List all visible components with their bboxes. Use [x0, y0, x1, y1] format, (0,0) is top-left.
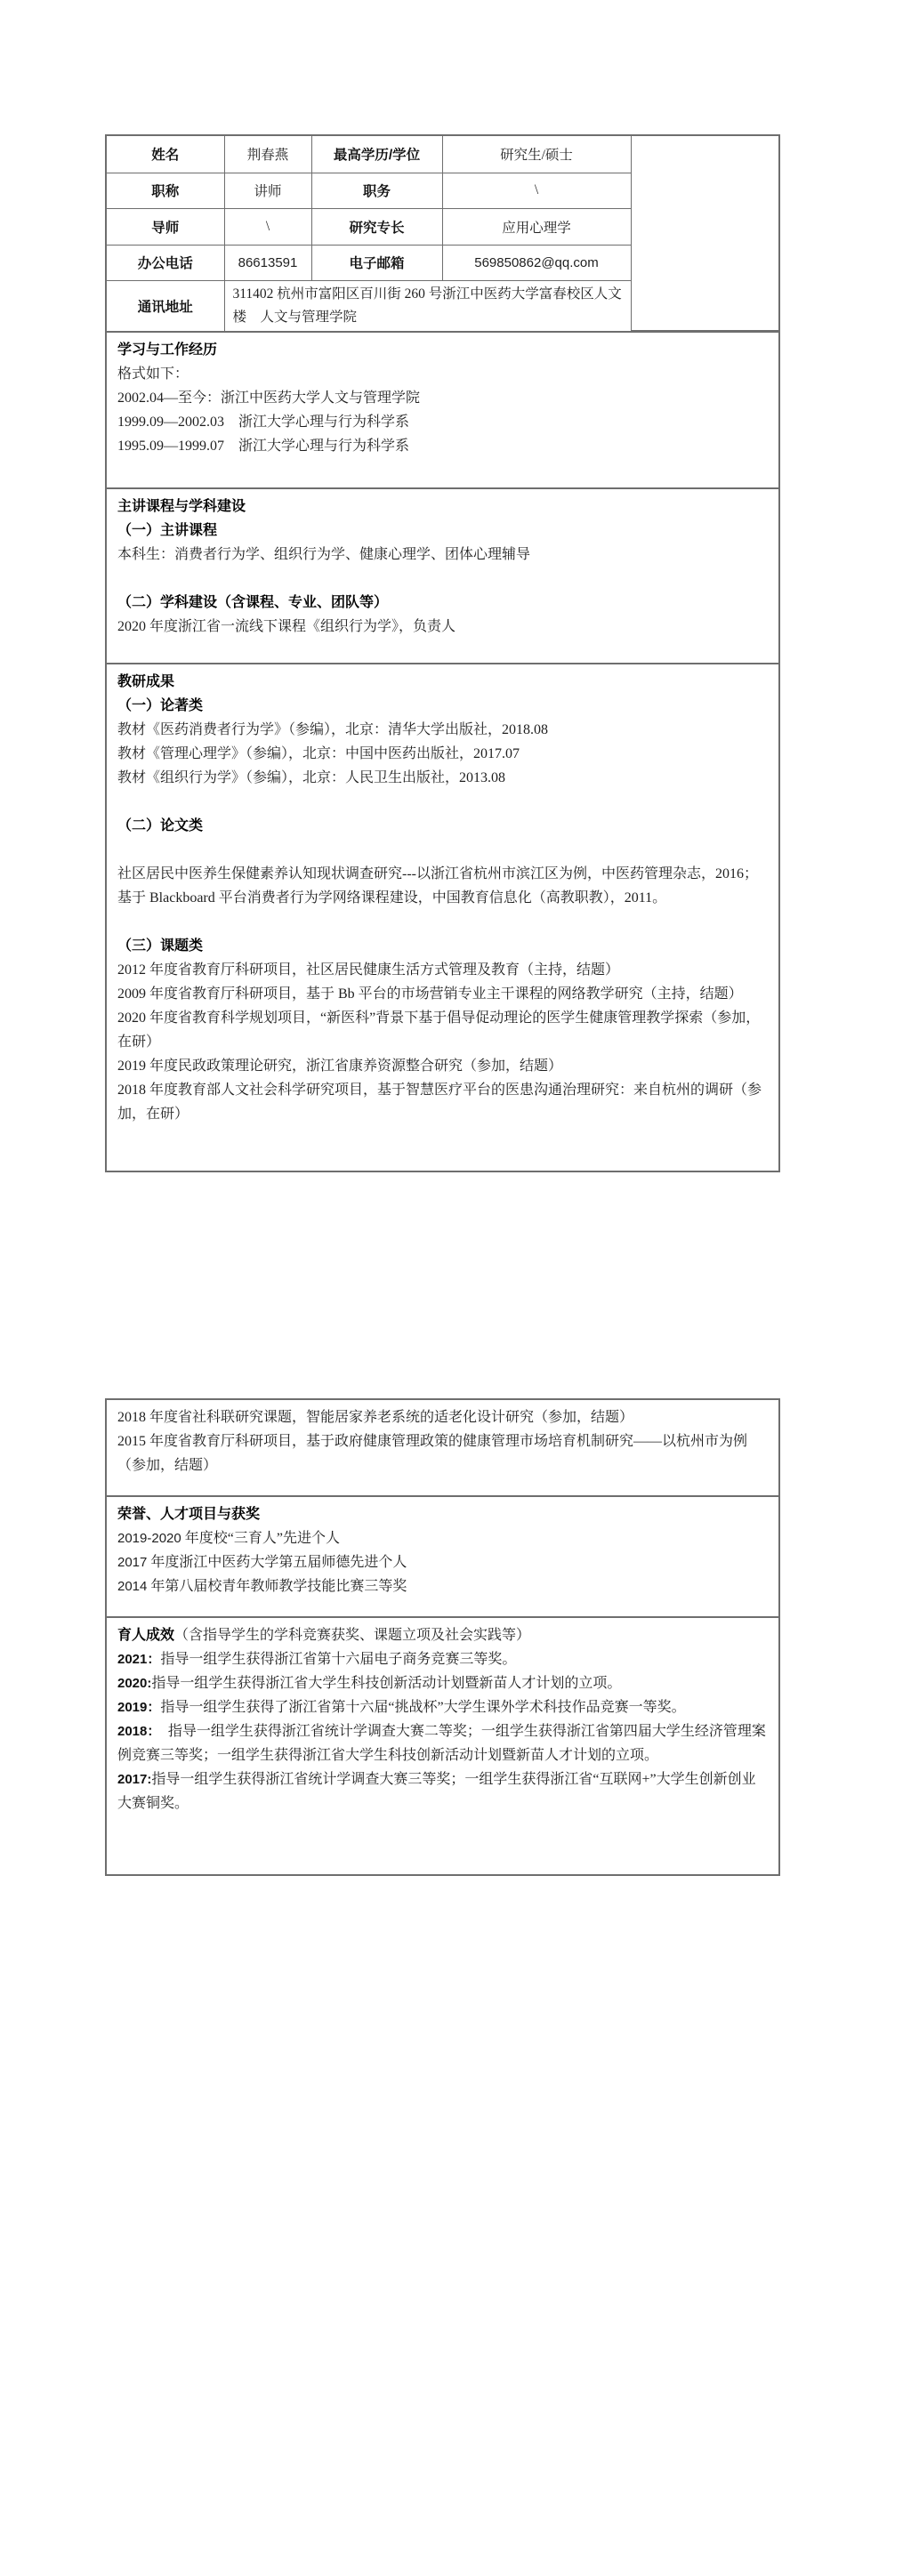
- section-heading-research: 教研成果: [117, 670, 768, 694]
- honor-year: 2014: [117, 1579, 147, 1594]
- cv-line: 1999.09—2002.03 浙江大学心理与行为科学系: [117, 410, 768, 434]
- cv-line: 2002.04—至今：浙江中医药大学人文与管理学院: [117, 386, 768, 410]
- profile-table: 姓名 荆春燕 最高学历/学位 研究生/硕士 职称 讲师 职务 \ 导师 \ 研究…: [107, 136, 778, 331]
- field-label-phone: 办公电话: [107, 245, 224, 280]
- cv-line: 2020 年度省教育科学规划项目，“新医科”背景下基于倡导促动理论的医学生健康管…: [117, 1006, 768, 1054]
- mentoring-text: 指导一组学生获得浙江省大学生科技创新活动计划暨新苗人才计划的立项。: [151, 1676, 621, 1691]
- field-value-position: \: [442, 173, 631, 208]
- mentoring-heading-note: （含指导学生的学科竞赛获奖、课题立项及社会实践等）: [174, 1628, 530, 1643]
- mentoring-text: 指导一组学生获得了浙江省第十六届“挑战杯”大学生课外学术科技作品竞赛一等奖。: [160, 1700, 685, 1715]
- cv-line: 本科生：消费者行为学、组织行为学、健康心理学、团体心理辅导: [117, 543, 768, 567]
- field-value-mentor: \: [224, 208, 311, 245]
- honor-text: 年第八届校青年教师教学技能比赛三等奖: [147, 1579, 407, 1594]
- cv-line: 2009 年度省教育厅科研项目，基于 Bb 平台的市场营销专业主干课程的网络教学…: [117, 982, 768, 1006]
- section-courses: 主讲课程与学科建设 （一）主讲课程 本科生：消费者行为学、组织行为学、健康心理学…: [107, 487, 778, 663]
- mentoring-item: 2021：指导一组学生获得浙江省第十六届电子商务竞赛三等奖。: [117, 1647, 768, 1671]
- field-label-name: 姓名: [107, 136, 224, 173]
- cv-table-page1: 姓名 荆春燕 最高学历/学位 研究生/硕士 职称 讲师 职务 \ 导师 \ 研究…: [105, 134, 780, 1172]
- cv-line: 教材《医药消费者行为学》（参编），北京：清华大学出版社，2018.08: [117, 718, 768, 742]
- section-study-history: 学习与工作经历 格式如下： 2002.04—至今：浙江中医药大学人文与管理学院 …: [107, 331, 778, 487]
- field-value-degree: 研究生/硕士: [442, 136, 631, 173]
- subsection-heading: （一）主讲课程: [117, 519, 768, 543]
- section-mentoring: 育人成效（含指导学生的学科竞赛获奖、课题立项及社会实践等） 2021：指导一组学…: [107, 1616, 778, 1876]
- cv-line: 2015 年度省教育厅科研项目，基于政府健康管理政策的健康管理市场培育机制研究—…: [117, 1429, 768, 1477]
- mentoring-item: 2019：指导一组学生获得了浙江省第十六届“挑战杯”大学生课外学术科技作品竞赛一…: [117, 1695, 768, 1719]
- field-value-address: 311402 杭州市富阳区百川街 260 号浙江中医药大学富春校区人文楼 人文与…: [224, 280, 631, 331]
- mentoring-item: 2018： 指导一组学生获得浙江省统计学调查大赛二等奖；一组学生获得浙江省第四届…: [117, 1719, 768, 1767]
- field-label-address: 通讯地址: [107, 280, 224, 331]
- section-heading-courses: 主讲课程与学科建设: [117, 495, 768, 519]
- section-research: 教研成果 （一）论著类 教材《医药消费者行为学》（参编），北京：清华大学出版社，…: [107, 663, 778, 1172]
- cv-line: 教材《管理心理学》（参编），北京：中国中医药出版社，2017.07: [117, 742, 768, 766]
- honor-item: 2017 年度浙江中医药大学第五届师德先进个人: [117, 1550, 768, 1574]
- mentoring-year: 2020:: [117, 1676, 151, 1691]
- cv-line: 2018 年度省社科联研究课题，智能居家养老系统的适老化设计研究（参加，结题）: [117, 1405, 768, 1429]
- cv-line: 2019 年度民政政策理论研究，浙江省康养资源整合研究（参加，结题）: [117, 1054, 768, 1078]
- field-value-title: 讲师: [224, 173, 311, 208]
- mentoring-text: 指导一组学生获得浙江省第十六届电子商务竞赛三等奖。: [160, 1652, 516, 1667]
- honor-text: 年度浙江中医药大学第五届师德先进个人: [147, 1555, 407, 1570]
- subsection-heading: （二）论文类: [117, 814, 768, 838]
- cv-line: 社区居民中医养生保健素养认知现状调查研究---以浙江省杭州市滨江区为例，中医药管…: [117, 862, 768, 886]
- cv-line: 2018 年度教育部人文社会科学研究项目，基于智慧医疗平台的医患沟通治理研究：来…: [117, 1078, 768, 1126]
- section-heading-honors: 荣誉、人才项目与获奖: [117, 1502, 768, 1526]
- honor-text: 年度校“三育人”先进个人: [181, 1531, 340, 1546]
- field-value-phone: 86613591: [224, 245, 311, 280]
- section-heading-study: 学习与工作经历: [117, 338, 768, 362]
- honor-item: 2014 年第八届校青年教师教学技能比赛三等奖: [117, 1574, 768, 1598]
- field-label-title: 职称: [107, 173, 224, 208]
- subsection-heading: （三）课题类: [117, 934, 768, 958]
- cv-line: 2012 年度省教育厅科研项目，社区居民健康生活方式管理及教育（主持，结题）: [117, 958, 768, 982]
- mentoring-heading: 育人成效: [117, 1628, 174, 1643]
- cv-table-page2: 2018 年度省社科联研究课题，智能居家养老系统的适老化设计研究（参加，结题） …: [105, 1398, 780, 1876]
- cv-line: 格式如下：: [117, 362, 768, 386]
- honor-item: 2019-2020 年度校“三育人”先进个人: [117, 1526, 768, 1550]
- field-value-name: 荆春燕: [224, 136, 311, 173]
- section-projects-continued: 2018 年度省社科联研究课题，智能居家养老系统的适老化设计研究（参加，结题） …: [107, 1400, 778, 1495]
- field-label-position: 职务: [311, 173, 442, 208]
- honor-year: 2019-2020: [117, 1531, 181, 1546]
- mentoring-item: 2020:指导一组学生获得浙江省大学生科技创新活动计划暨新苗人才计划的立项。: [117, 1671, 768, 1695]
- section-heading-mentoring: 育人成效（含指导学生的学科竞赛获奖、课题立项及社会实践等）: [117, 1623, 768, 1647]
- mentoring-item: 2017:指导一组学生获得浙江省统计学调查大赛三等奖；一组学生获得浙江省“互联网…: [117, 1767, 768, 1815]
- mentoring-year: 2021：: [117, 1652, 160, 1667]
- mentoring-text: 指导一组学生获得浙江省统计学调查大赛三等奖；一组学生获得浙江省“互联网+”大学生…: [117, 1772, 756, 1811]
- subsection-heading: （一）论著类: [117, 694, 768, 718]
- mentoring-year: 2018：: [117, 1724, 154, 1739]
- field-label-specialty: 研究专长: [311, 208, 442, 245]
- section-honors: 荣誉、人才项目与获奖 2019-2020 年度校“三育人”先进个人 2017 年…: [107, 1495, 778, 1616]
- table-row: 姓名 荆春燕 最高学历/学位 研究生/硕士: [107, 136, 778, 173]
- cv-line: 2020 年度浙江省一流线下课程《组织行为学》，负责人: [117, 615, 768, 639]
- cv-line: 基于 Blackboard 平台消费者行为学网络课程建设，中国教育信息化（高教职…: [117, 886, 768, 910]
- field-label-mentor: 导师: [107, 208, 224, 245]
- cv-line: 1995.09—1999.07 浙江大学心理与行为科学系: [117, 434, 768, 458]
- photo-cell: [631, 136, 778, 331]
- cv-line: 教材《组织行为学》（参编），北京：人民卫生出版社，2013.08: [117, 766, 768, 790]
- field-label-email: 电子邮箱: [311, 245, 442, 280]
- field-value-specialty: 应用心理学: [442, 208, 631, 245]
- field-value-email: 569850862@qq.com: [442, 245, 631, 280]
- mentoring-text: 指导一组学生获得浙江省统计学调查大赛二等奖；一组学生获得浙江省第四届大学生经济管…: [117, 1724, 766, 1763]
- mentoring-year: 2019：: [117, 1700, 160, 1715]
- subsection-heading: （二）学科建设（含课程、专业、团队等）: [117, 591, 768, 615]
- honor-year: 2017: [117, 1555, 147, 1570]
- field-label-degree: 最高学历/学位: [311, 136, 442, 173]
- mentoring-year: 2017:: [117, 1772, 151, 1787]
